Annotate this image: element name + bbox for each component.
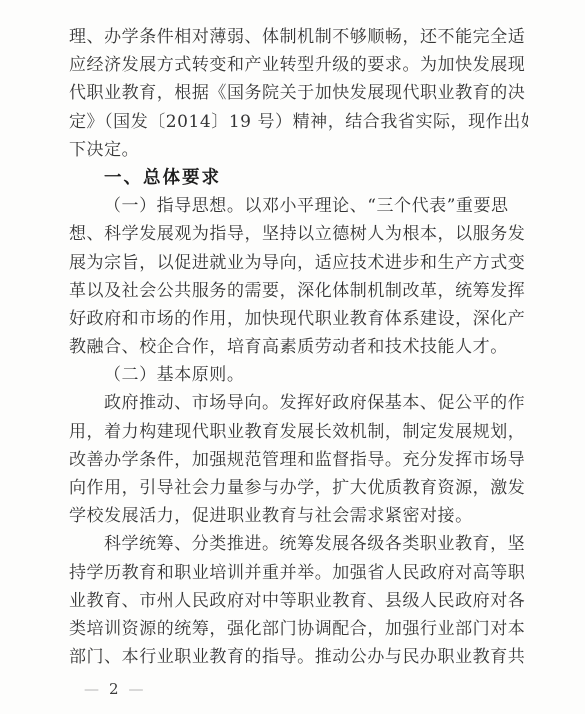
text-line: 业教育、市州人民政府对中等职业教育、县级人民政府对各	[69, 587, 528, 615]
footer-right-dash: —	[129, 680, 144, 698]
text-line: （二）基本原则。	[69, 361, 528, 389]
text-line: 下决定。	[69, 136, 528, 164]
text-line: 好政府和市场的作用，加快现代职业教育体系建设，深化产	[69, 305, 528, 333]
text-line: 类培训资源的统筹，强化部门协调配合，加强行业部门对本	[69, 615, 528, 643]
page-footer: —2—	[84, 682, 144, 697]
text-line: 展为宗旨，以促进就业为导向，适应技术进步和生产方式变	[69, 249, 528, 277]
text-line: 政府推动、市场导向。发挥好政府保基本、促公平的作	[69, 389, 528, 417]
text-line: 应经济发展方式转变和产业转型升级的要求。为加快发展现	[69, 51, 528, 79]
text-line: 教融合、校企合作，培育高素质劳动者和技术技能人才。	[69, 333, 528, 361]
section-heading: 一、总体要求	[69, 164, 528, 192]
text-line: 用，着力构建现代职业教育发展长效机制，制定发展规划，	[69, 418, 528, 446]
text-line: 部门、本行业职业教育的指导。推动公办与民办职业教育共	[69, 643, 528, 671]
text-line: 革以及社会公共服务的需要，深化体制机制改革，统筹发挥	[69, 277, 528, 305]
footer-left-dash: —	[84, 680, 99, 698]
text-line: 持学历教育和职业培训并重并举。加强省人民政府对高等职	[69, 559, 528, 587]
document-body: 理、办学条件相对薄弱、体制机制不够顺畅，还不能完全适应经济发展方式转变和产业转型…	[69, 23, 528, 671]
text-line: 理、办学条件相对薄弱、体制机制不够顺畅，还不能完全适	[69, 23, 528, 51]
text-line: 改善办学条件，加强规范管理和监督指导。充分发挥市场导	[69, 446, 528, 474]
text-line: （一）指导思想。以邓小平理论、“三个代表”重要思	[69, 192, 528, 220]
text-line: 定》（国发〔2014〕19 号）精神，结合我省实际，现作出如	[69, 108, 528, 136]
document-page: 理、办学条件相对薄弱、体制机制不够顺畅，还不能完全适应经济发展方式转变和产业转型…	[0, 0, 585, 714]
text-line: 学校发展活力，促进职业教育与社会需求紧密对接。	[69, 502, 528, 530]
text-line: 代职业教育，根据《国务院关于加快发展现代职业教育的决	[69, 79, 528, 107]
text-line: 向作用，引导社会力量参与办学，扩大优质教育资源，激发	[69, 474, 528, 502]
page-number: 2	[109, 680, 119, 698]
text-line: 想、科学发展观为指导，坚持以立德树人为根本，以服务发	[69, 220, 528, 248]
text-line: 科学统筹、分类推进。统筹发展各级各类职业教育，坚	[69, 530, 528, 558]
